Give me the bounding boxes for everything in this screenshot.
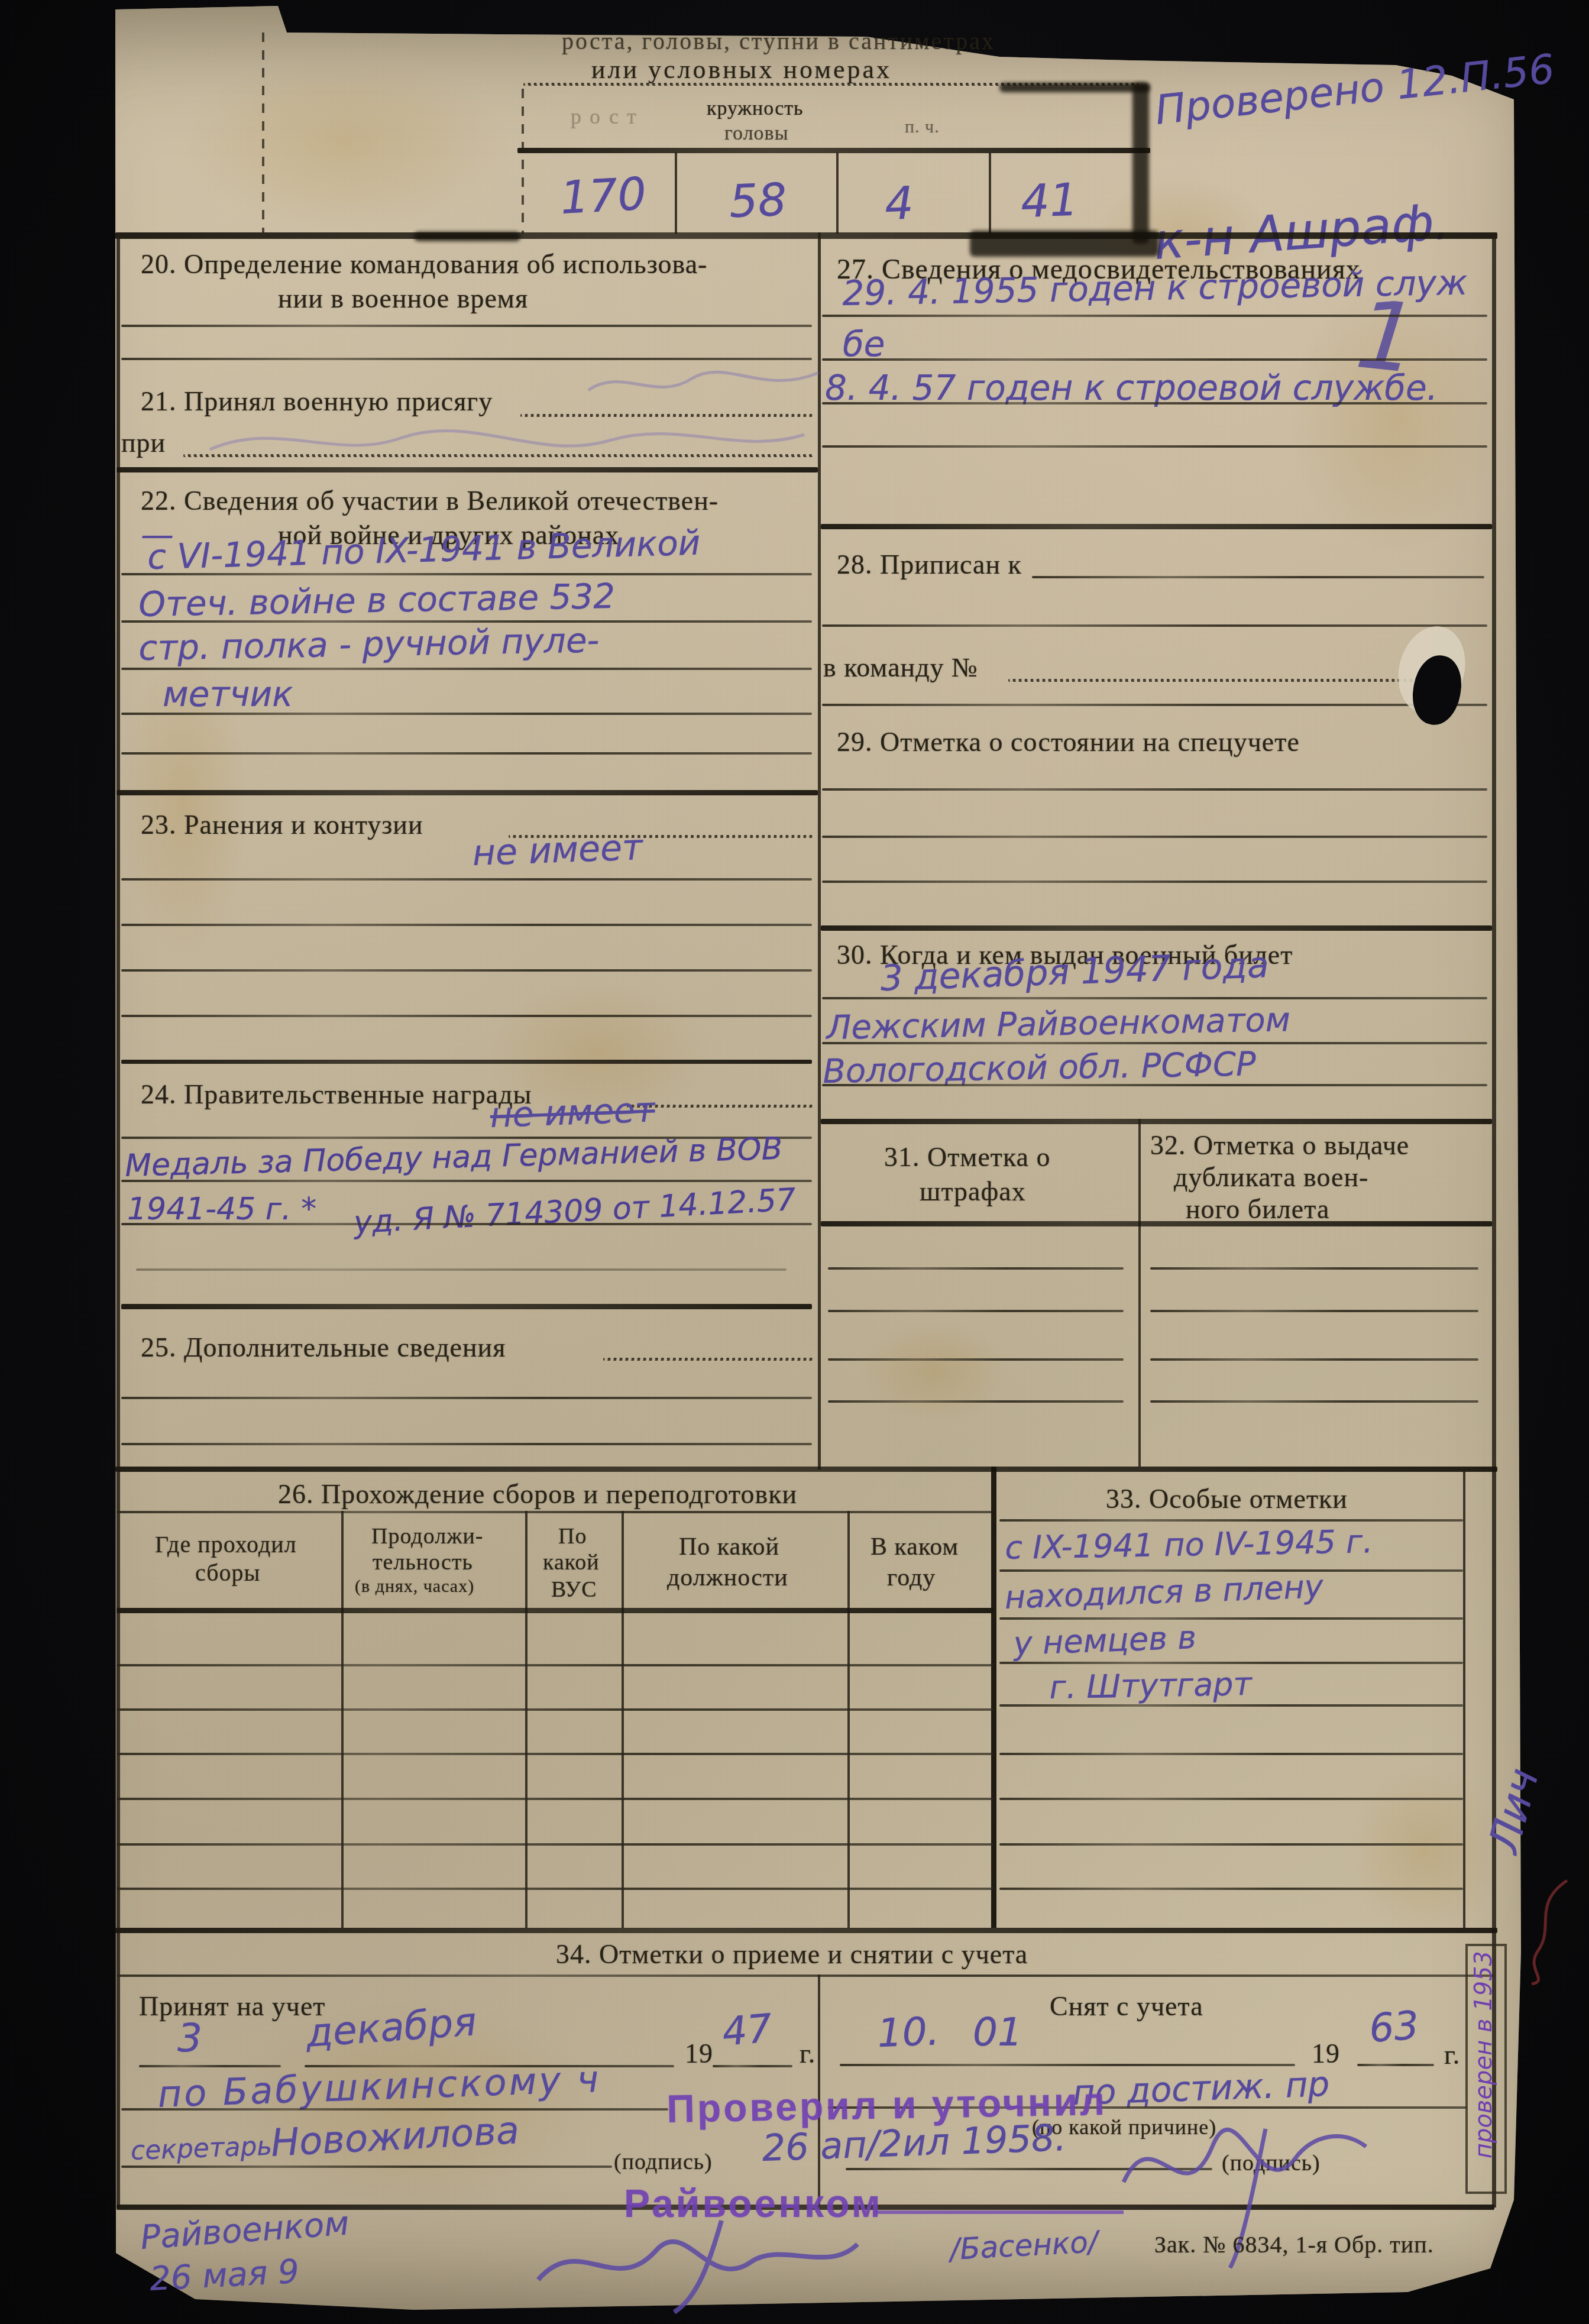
print-order-number: Зак. № 6834, 1-я Обр. тип. [1154, 2231, 1434, 2258]
rule [121, 969, 812, 972]
s32-label-line1: 32. Отметка о выдаче [1150, 1129, 1409, 1161]
s33-title: 33. Особые отметки [1106, 1483, 1348, 1514]
hw-value-3: 4 [884, 176, 914, 230]
ink-smear [414, 232, 520, 241]
s24-label: 24. Правительственные награды [141, 1079, 532, 1110]
table-right-border [991, 1467, 996, 1928]
s34-left-year-prefix: 19 [685, 2038, 713, 2069]
top-table-col2-label-b: головы [724, 122, 789, 145]
rule [139, 2065, 281, 2067]
s34-left-hw-year: 47 [720, 2005, 774, 2055]
rule [999, 1798, 1463, 1800]
s20-title-line1: 20. Определение командования об использо… [141, 248, 707, 280]
rule [121, 2108, 668, 2111]
top-table-col1-label: рост [571, 104, 645, 129]
rule [121, 573, 812, 575]
rule [121, 1397, 812, 1399]
rule [822, 881, 1487, 883]
rule [121, 668, 812, 670]
s22-handwriting-3: стр. полка - ручной пуле- [138, 620, 600, 668]
section-divider [115, 1928, 1497, 1933]
rule [822, 1084, 1487, 1086]
document-photo: роста, головы, ступни в сантиметрах или … [0, 0, 1589, 2324]
s28-label: 28. Приписан к [837, 549, 1022, 580]
rule [822, 315, 1487, 317]
section-divider [116, 467, 818, 472]
ink-smear [999, 83, 1150, 92]
rule [822, 445, 1487, 448]
rule [1357, 2064, 1434, 2066]
rule [136, 1268, 787, 1271]
column-line [675, 153, 677, 234]
s24-handwriting-years: 1941-45 г. * [127, 1192, 316, 1227]
center-divider [818, 232, 821, 1470]
rule [828, 1400, 1124, 1403]
s34-left-signature-label: (подпись) [614, 2149, 713, 2175]
rule [999, 1888, 1463, 1890]
s21-label2: при [121, 427, 166, 458]
section-divider [116, 790, 818, 795]
column-line [341, 1511, 344, 1928]
rule [828, 1358, 1124, 1361]
column-line [622, 1511, 624, 1928]
section-divider [821, 1119, 1492, 1124]
s34-left-hw-day: 3 [177, 2015, 202, 2061]
rule [121, 924, 812, 926]
ink-smear [1132, 83, 1149, 244]
rule [828, 1310, 1124, 1312]
rule [121, 1180, 812, 1182]
s31-label-line1: 31. Отметка о [884, 1141, 1051, 1173]
rule [121, 713, 812, 715]
s26-col3-header-b: какой [543, 1549, 600, 1575]
main-box-right-border [1492, 232, 1496, 2208]
rule [822, 624, 1487, 627]
verification-strip-text: проверен в 1953 [1470, 1951, 1497, 2158]
hw-height-value: 170 [559, 167, 648, 224]
rule [822, 358, 1487, 361]
column-line [1138, 1119, 1141, 1467]
section-divider [821, 524, 1492, 529]
s34-title: 34. Отметки о приеме и снятии с учета [556, 1938, 1028, 1970]
faint-handwriting-scribble [207, 408, 810, 467]
rule [822, 704, 1487, 706]
s33-handwriting-3: у немцев в [1013, 1619, 1197, 1662]
s26-title: 26. Прохождение сборов и переподготовки [278, 1478, 797, 1510]
s26-col2-header-a: Продолжи- [371, 1523, 483, 1549]
top-table-col2-label-a: кружность [707, 98, 804, 120]
s26-col4-header-a: По какой [679, 1533, 779, 1561]
rule [840, 2064, 1295, 2066]
stamp-checked-line1: Проверил и уточнил [666, 2079, 1108, 2131]
rule [121, 2166, 612, 2168]
column-line [836, 153, 839, 234]
rule [999, 1704, 1463, 1707]
s31-label-line2: штрафах [920, 1176, 1026, 1207]
s34-right-year-suffix: г. [1444, 2039, 1460, 2070]
rule [999, 1843, 1463, 1846]
rule [999, 1519, 1463, 1522]
main-box-top-border [115, 232, 1497, 239]
column-line [1463, 1467, 1465, 1928]
s22-handwriting-2: Отеч. войне в составе 532 [138, 576, 616, 624]
faint-handwriting-scribble [585, 355, 822, 408]
top-table-header-line1: роста, головы, ступни в сантиметрах [562, 27, 995, 55]
s22-handwriting-4: метчик [163, 674, 293, 714]
s34-right-hw-year: 63 [1368, 2002, 1420, 2051]
rule [822, 997, 1487, 999]
rule [999, 1753, 1463, 1755]
s34-right-hw-month: 01 [973, 2009, 1022, 2055]
rule [1150, 1358, 1478, 1361]
s26-col4-header-b: должности [667, 1564, 788, 1592]
table-row-line [116, 1664, 993, 1666]
signature-scribble [532, 2209, 863, 2315]
s26-col5-header-b: году [887, 1564, 936, 1592]
rule [121, 1223, 812, 1225]
stamp-underline [875, 2210, 1124, 2214]
table-row-line [116, 1888, 993, 1890]
s23-label: 23. Ранения и контузии [141, 809, 423, 840]
s28-label2: в команду № [823, 652, 978, 683]
column-line [847, 1511, 850, 1928]
table-row-line [116, 1753, 993, 1755]
rule [713, 2065, 792, 2067]
rule [821, 1221, 1492, 1226]
s23-handwriting: не имеет [472, 827, 644, 874]
s32-label-line3: ного билета [1186, 1193, 1329, 1225]
rule [116, 1608, 993, 1613]
section-divider [821, 925, 1492, 931]
s34-left-label: Принят на учет [139, 1990, 325, 2022]
s34-right-label: Снят с учета [1050, 1990, 1203, 2022]
s25-label: 25. Дополнительные сведения [141, 1332, 506, 1363]
rule [822, 402, 1487, 404]
s20-title-line2: нии в военное время [278, 283, 528, 314]
s22-title-line1: 22. Сведения об участии в Великой отечес… [141, 485, 719, 516]
s26-col2-header-c: (в днях, часах) [355, 1577, 474, 1597]
column-line [522, 89, 524, 234]
rule [822, 788, 1487, 791]
s30-handwriting-2: Лежским Райвоенкоматом [826, 1001, 1291, 1047]
s33-handwriting-1: с IX-1941 по IV-1945 г. [1005, 1523, 1373, 1566]
rule [999, 1617, 1463, 1620]
rule [121, 1060, 812, 1064]
rule [999, 1662, 1463, 1664]
rule [121, 325, 812, 327]
s34-right-hw-day: 10. [876, 2008, 940, 2056]
section-divider [115, 1467, 1497, 1472]
rule [822, 1042, 1487, 1044]
rule [116, 1975, 1494, 1977]
column-line [989, 153, 991, 234]
rule [1032, 576, 1484, 578]
s26-col5-header-a: В каком [870, 1533, 959, 1561]
s26-col3-header-c: ВУС [551, 1577, 597, 1603]
hw-head-value: 58 [729, 173, 788, 228]
s26-col1-header-a: Где проходил [155, 1530, 297, 1558]
s32-label-line2: дубликата воен- [1174, 1161, 1368, 1193]
main-box-left-border [116, 232, 120, 2208]
column-line [525, 1511, 527, 1928]
rule [1150, 1267, 1478, 1270]
rule [121, 752, 812, 755]
rule [1150, 1400, 1478, 1403]
rule [121, 1304, 812, 1309]
s34-left-hw-secretary: секретарь [130, 2131, 273, 2166]
rule [828, 1267, 1124, 1270]
s34-left-year-suffix: г. [800, 2038, 815, 2069]
s24-handwriting-crossed: не имеет [490, 1089, 656, 1135]
s33-handwriting-4: г. Штутгарт [1049, 1665, 1253, 1706]
s29-label: 29. Отметка о состоянии на спецучете [837, 726, 1300, 758]
red-pen-scribble [1496, 1875, 1585, 1987]
hw-bottom-left-2: 26 мая 9 [149, 2252, 300, 2299]
rule [517, 148, 1150, 153]
top-table-col3-label: п. ч. [905, 117, 940, 137]
rule [121, 1015, 812, 1017]
table-row-line [116, 1798, 993, 1800]
s26-col3-header-a: По [558, 1523, 587, 1549]
rule [1150, 1310, 1478, 1312]
rule [121, 878, 812, 881]
rule [822, 836, 1487, 838]
table-row-line [116, 1708, 993, 1711]
table-row-line [116, 1843, 993, 1846]
top-table-left-dashed-line [262, 33, 264, 232]
rule [121, 1443, 812, 1445]
s26-col1-header-b: сборы [195, 1559, 260, 1587]
rule [116, 1511, 993, 1513]
rule [1008, 679, 1422, 682]
s26-col2-header-b: тельность [373, 1549, 473, 1575]
top-table-header-line2: или условных номерах [591, 54, 892, 85]
rule [603, 1358, 813, 1361]
hw-value-4: 41 [1020, 173, 1079, 228]
